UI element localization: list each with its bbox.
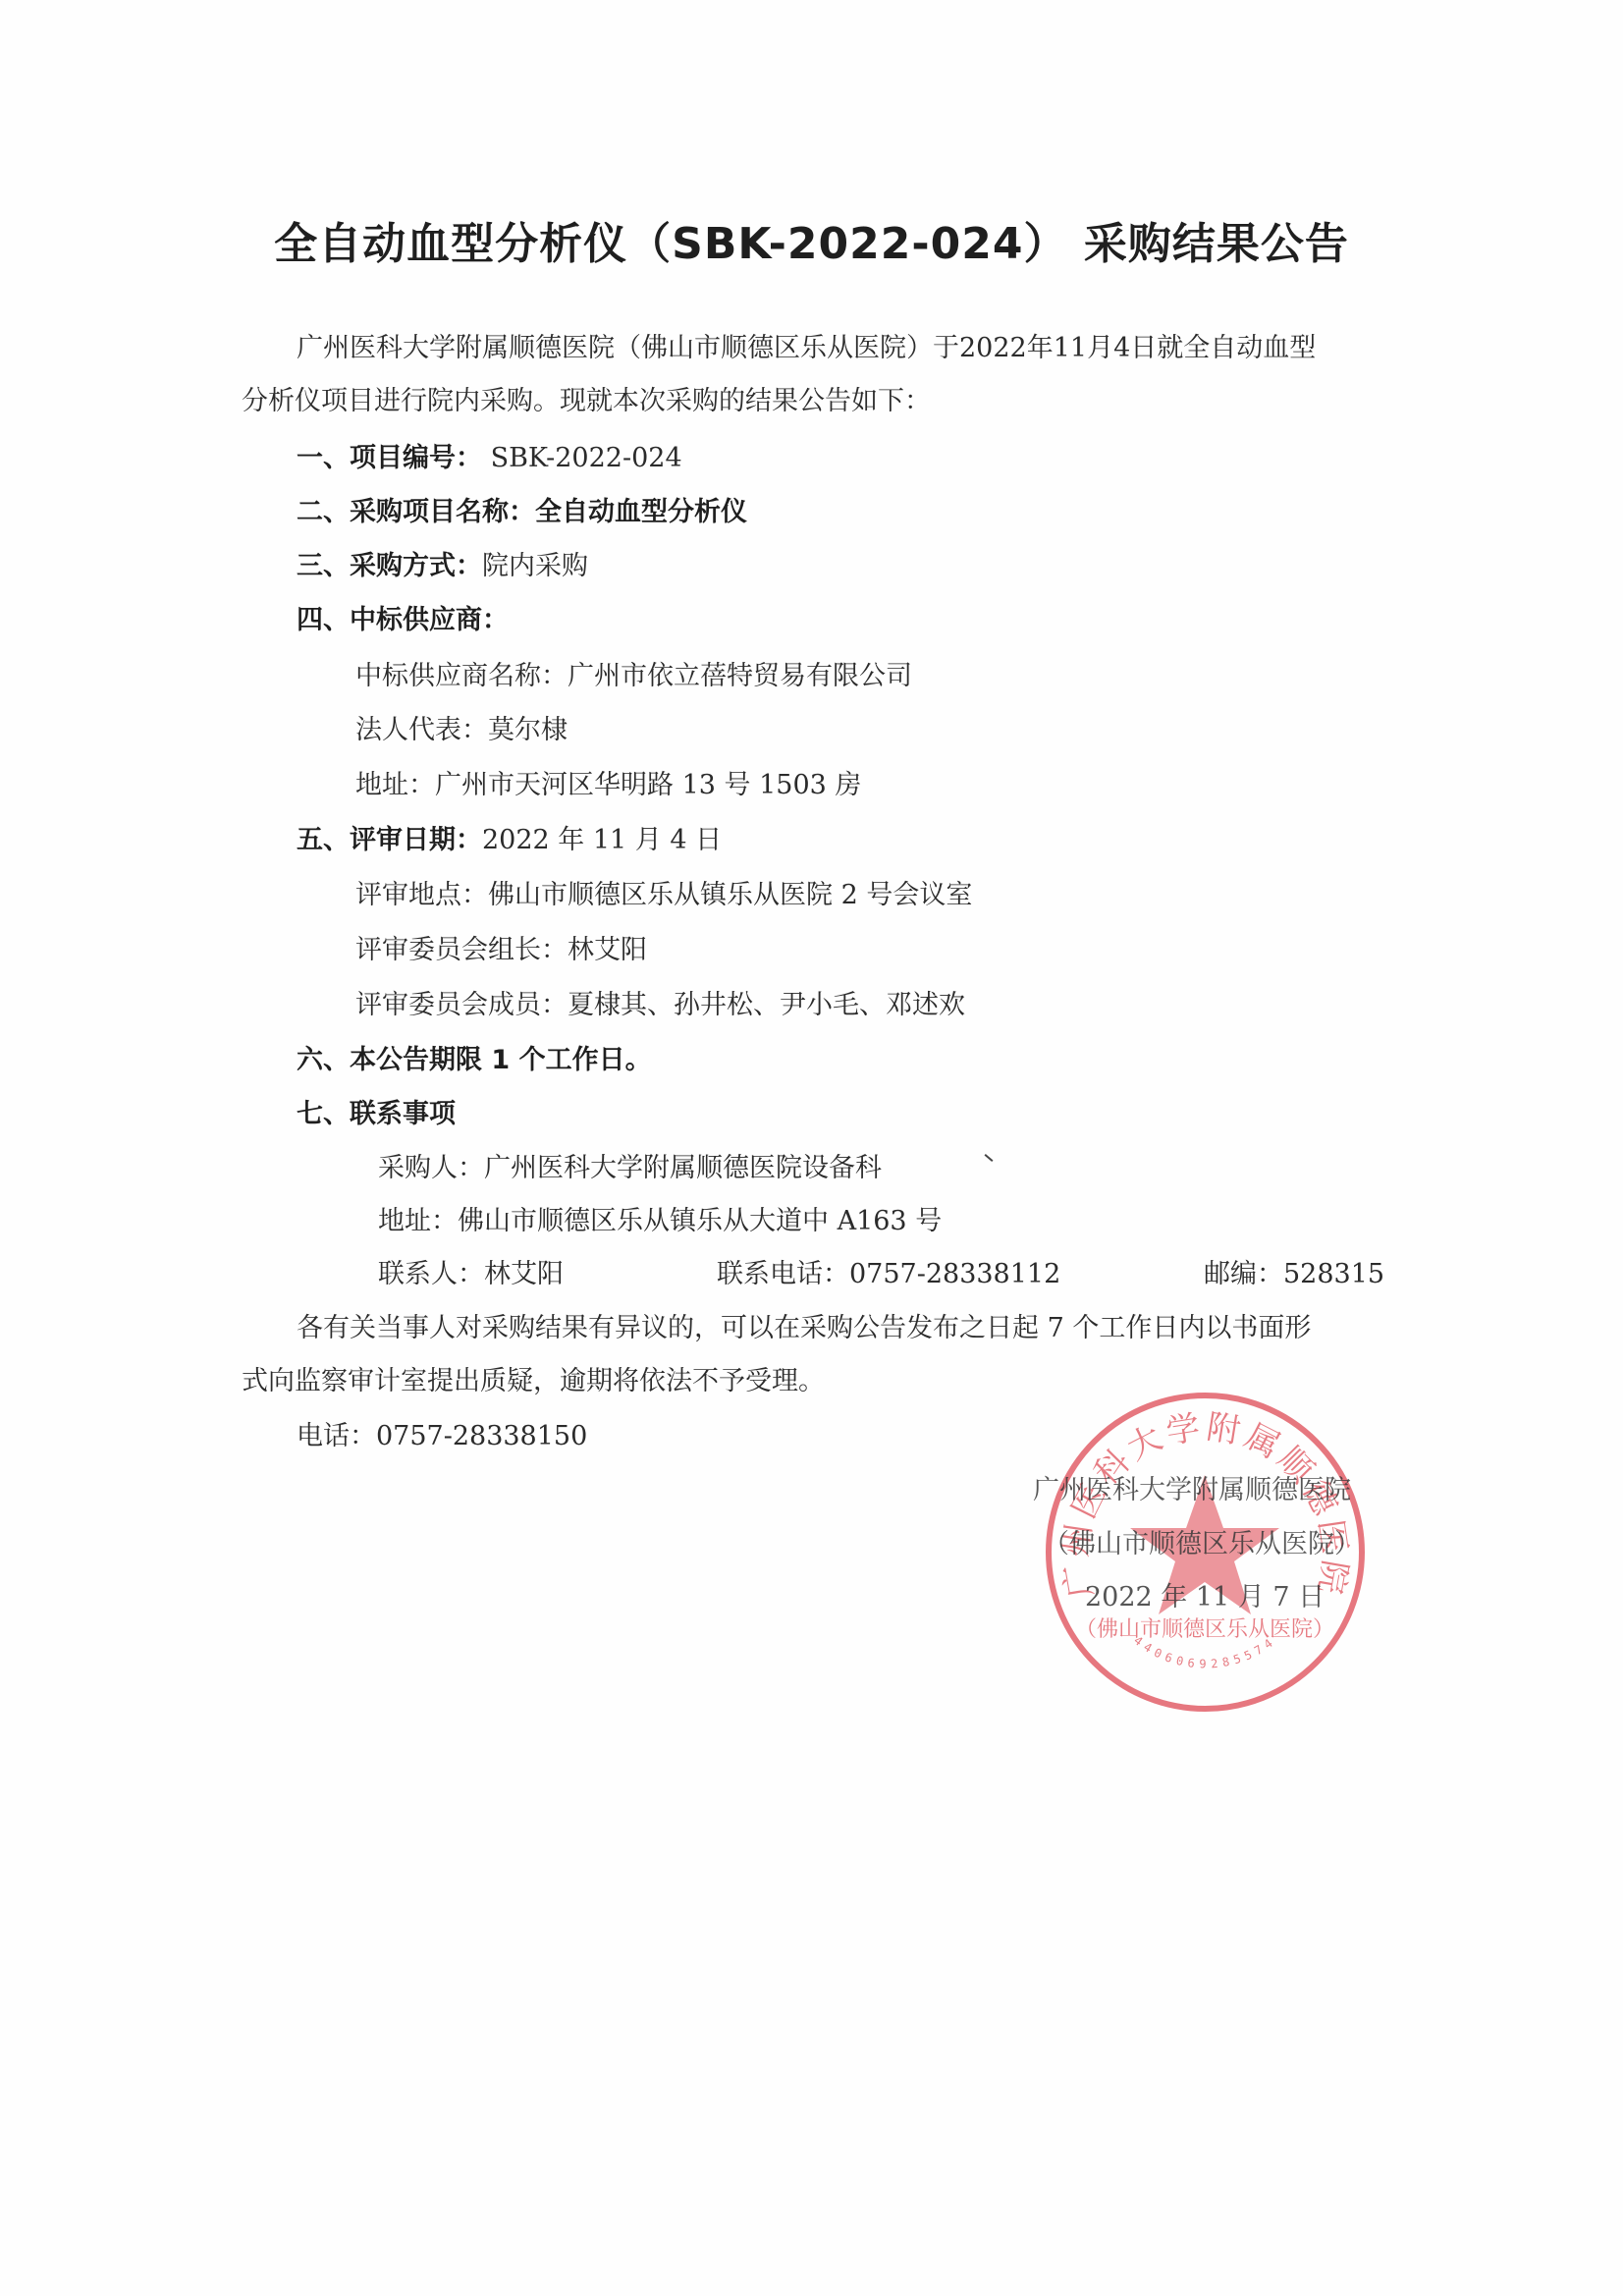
contact-postcode: 邮编：528315	[1204, 1258, 1384, 1291]
objection-paragraph-line-2: 式向监察审计室提出质疑，逾期将依法不予受理。	[242, 1365, 825, 1398]
section-label: 三、采购方式：	[297, 551, 482, 581]
section-label: 六、本公告期限 1 个工作日。	[297, 1045, 652, 1075]
section-label: 二、采购项目名称：	[297, 497, 535, 527]
signature-date: 2022 年 11 月 7 日	[1085, 1581, 1325, 1614]
section-value: SBK-2022-024	[482, 443, 682, 473]
review-members: 评审委员会成员：夏棣其、孙井松、尹小毛、邓述欢	[355, 989, 965, 1022]
section-project-number: 一、项目编号： SBK-2022-024	[297, 442, 682, 475]
section-value: 院内采购	[482, 551, 588, 581]
section-label: 七、联系事项	[297, 1099, 456, 1129]
page-title: 全自动血型分析仪（SBK-2022-024） 采购结果公告	[0, 208, 1623, 271]
section-project-name: 二、采购项目名称：全自动血型分析仪	[297, 496, 747, 529]
section-procurement-method: 三、采购方式：院内采购	[297, 550, 588, 583]
supervision-phone: 电话：0757-28338150	[297, 1420, 587, 1453]
section-winning-supplier: 四、中标供应商：	[297, 604, 509, 637]
document-page: 全自动血型分析仪（SBK-2022-024） 采购结果公告 广州医科大学附属顺德…	[0, 0, 1623, 2296]
contact-person: 联系人：林艾阳	[378, 1258, 564, 1291]
supplier-name: 中标供应商名称：广州市依立蓓特贸易有限公司	[355, 660, 912, 693]
section-label: 四、中标供应商：	[297, 605, 509, 635]
intro-paragraph-line-1: 广州医科大学附属顺德医院（佛山市顺德区乐从医院）于2022年11月4日就全自动血…	[297, 332, 1316, 365]
section-label: 一、项目编号：	[297, 443, 482, 473]
contact-purchaser: 采购人：广州医科大学附属顺德医院设备科	[378, 1152, 882, 1185]
objection-paragraph-line-1: 各有关当事人对采购结果有异议的，可以在采购公告发布之日起 7 个工作日内以书面形	[297, 1312, 1311, 1345]
contact-phone: 联系电话：0757-28338112	[717, 1258, 1060, 1291]
section-label: 五、评审日期：	[297, 825, 482, 855]
section-value: 全自动血型分析仪	[535, 497, 747, 527]
supplier-address: 地址：广州市天河区华明路 13 号 1503 房	[355, 769, 861, 802]
review-location: 评审地点：佛山市顺德区乐从镇乐从医院 2 号会议室	[355, 879, 972, 912]
signature-org-line-2: （佛山市顺德区乐从医院）	[1043, 1528, 1361, 1561]
stray-mark	[985, 1154, 994, 1162]
review-leader: 评审委员会组长：林艾阳	[355, 934, 647, 967]
intro-paragraph-line-2: 分析仪项目进行院内采购。现就本次采购的结果公告如下：	[242, 385, 931, 418]
section-notice-period: 六、本公告期限 1 个工作日。	[297, 1044, 652, 1077]
section-value: 2022 年 11 月 4 日	[482, 825, 722, 855]
svg-text:（佛山市顺德区乐从医院）: （佛山市顺德区乐从医院）	[1075, 1617, 1334, 1642]
signature-org-line-1: 广州医科大学附属顺德医院	[1033, 1474, 1351, 1507]
supplier-legal-rep: 法人代表：莫尔棣	[355, 714, 568, 747]
section-contact: 七、联系事项	[297, 1098, 456, 1131]
section-review-date: 五、评审日期：2022 年 11 月 4 日	[297, 824, 722, 857]
contact-address: 地址：佛山市顺德区乐从镇乐从大道中 A163 号	[378, 1205, 942, 1238]
